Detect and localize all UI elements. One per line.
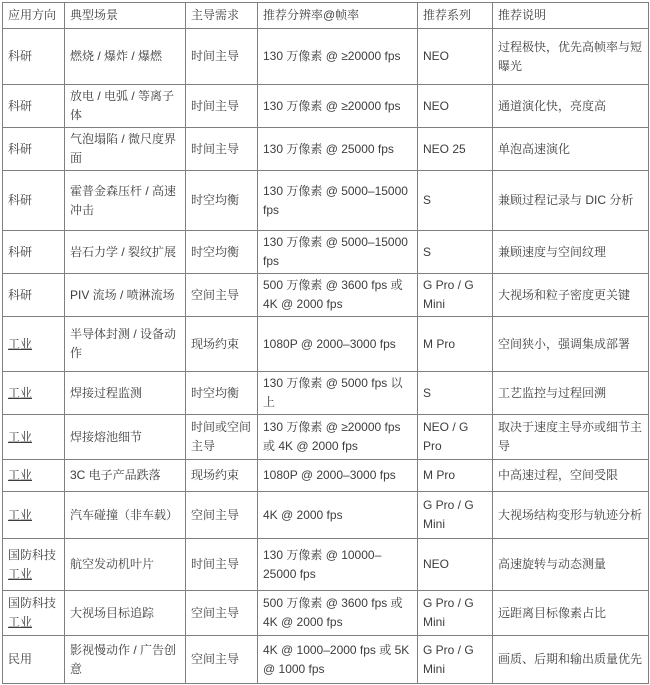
- cell-demand: 时间主导: [186, 128, 258, 171]
- cell-demand: 现场约束: [186, 317, 258, 372]
- direction-text: 科研: [8, 99, 32, 113]
- cell-series: M Pro: [418, 317, 493, 372]
- direction-underlined-text: 工业: [8, 430, 32, 444]
- direction-text: 科研: [8, 288, 32, 302]
- direction-text: 国防科技: [8, 596, 56, 610]
- cell-note: 单泡高速演化: [493, 128, 649, 171]
- cell-direction: 科研: [3, 85, 65, 128]
- cell-direction: 国防科技工业: [3, 591, 65, 636]
- direction-text: 民用: [8, 652, 32, 666]
- direction-text: 国防科技: [8, 548, 56, 562]
- cell-direction: 科研: [3, 274, 65, 317]
- table-row: 科研 霍普金森压杆 / 高速冲击 时空均衡 130 万像素 @ 5000–150…: [3, 171, 649, 231]
- cell-scenario: 霍普金森压杆 / 高速冲击: [65, 171, 186, 231]
- cell-note: 高速旋转与动态测量: [493, 539, 649, 591]
- table-row: 工业 焊接熔池细节 时间或空间主导 130 万像素 @ ≥20000 fps 或…: [3, 415, 649, 460]
- direction-underlined-text: 工业: [8, 508, 32, 522]
- cell-resolution: 500 万像素 @ 3600 fps 或 4K @ 2000 fps: [258, 274, 418, 317]
- cell-series: S: [418, 231, 493, 274]
- cell-direction: 工业: [3, 415, 65, 460]
- cell-demand: 时间主导: [186, 85, 258, 128]
- cell-direction: 工业: [3, 492, 65, 539]
- cell-series: G Pro / G Mini: [418, 274, 493, 317]
- table-row: 工业 汽车碰撞（非车载） 空间主导 4K @ 2000 fps G Pro / …: [3, 492, 649, 539]
- cell-resolution: 130 万像素 @ 10000–25000 fps: [258, 539, 418, 591]
- cell-scenario: 焊接过程监测: [65, 372, 186, 415]
- cell-demand: 时间主导: [186, 539, 258, 591]
- cell-scenario: 半导体封测 / 设备动作: [65, 317, 186, 372]
- cell-series: NEO: [418, 85, 493, 128]
- cell-note: 中高速过程，空间受限: [493, 460, 649, 492]
- table-row: 国防科技工业 大视场目标追踪 空间主导 500 万像素 @ 3600 fps 或…: [3, 591, 649, 636]
- cell-scenario: 岩石力学 / 裂纹扩展: [65, 231, 186, 274]
- table-row: 工业 半导体封测 / 设备动作 现场约束 1080P @ 2000–3000 f…: [3, 317, 649, 372]
- header-note: 推荐说明: [493, 3, 649, 29]
- cell-scenario: 大视场目标追踪: [65, 591, 186, 636]
- cell-scenario: 气泡塌陷 / 微尺度界面: [65, 128, 186, 171]
- cell-scenario: 影视慢动作 / 广告创意: [65, 636, 186, 684]
- cell-direction: 工业: [3, 372, 65, 415]
- page: 应用方向 典型场景 主导需求 推荐分辨率@帧率 推荐系列 推荐说明 科研 燃烧 …: [0, 0, 650, 685]
- cell-scenario: 放电 / 电弧 / 等离子体: [65, 85, 186, 128]
- cell-direction: 科研: [3, 171, 65, 231]
- cell-series: S: [418, 372, 493, 415]
- cell-resolution: 130 万像素 @ ≥20000 fps: [258, 85, 418, 128]
- cell-resolution: 500 万像素 @ 3600 fps 或 4K @ 2000 fps: [258, 591, 418, 636]
- cell-direction: 工业: [3, 460, 65, 492]
- direction-underlined-text: 工业: [8, 615, 32, 629]
- cell-resolution: 130 万像素 @ 25000 fps: [258, 128, 418, 171]
- cell-direction: 科研: [3, 29, 65, 85]
- cell-resolution: 4K @ 1000–2000 fps 或 5K @ 1000 fps: [258, 636, 418, 684]
- cell-resolution: 130 万像素 @ 5000–15000 fps: [258, 171, 418, 231]
- cell-note: 远距离目标像素占比: [493, 591, 649, 636]
- cell-note: 兼顾速度与空间纹理: [493, 231, 649, 274]
- table-row: 科研 PIV 流场 / 喷淋流场 空间主导 500 万像素 @ 3600 fps…: [3, 274, 649, 317]
- direction-underlined-text: 工业: [8, 386, 32, 400]
- cell-demand: 时空均衡: [186, 171, 258, 231]
- cell-scenario: 焊接熔池细节: [65, 415, 186, 460]
- cell-resolution: 1080P @ 2000–3000 fps: [258, 317, 418, 372]
- table-row: 科研 燃烧 / 爆炸 / 爆燃 时间主导 130 万像素 @ ≥20000 fp…: [3, 29, 649, 85]
- header-demand: 主导需求: [186, 3, 258, 29]
- cell-direction: 国防科技工业: [3, 539, 65, 591]
- cell-demand: 时间或空间主导: [186, 415, 258, 460]
- cell-note: 大视场结构变形与轨迹分析: [493, 492, 649, 539]
- table-row: 科研 气泡塌陷 / 微尺度界面 时间主导 130 万像素 @ 25000 fps…: [3, 128, 649, 171]
- cell-note: 工艺监控与过程回溯: [493, 372, 649, 415]
- cell-series: NEO 25: [418, 128, 493, 171]
- cell-demand: 时间主导: [186, 29, 258, 85]
- header-resolution: 推荐分辨率@帧率: [258, 3, 418, 29]
- recommendation-table: 应用方向 典型场景 主导需求 推荐分辨率@帧率 推荐系列 推荐说明 科研 燃烧 …: [2, 2, 649, 684]
- cell-resolution: 1080P @ 2000–3000 fps: [258, 460, 418, 492]
- cell-series: G Pro / G Mini: [418, 591, 493, 636]
- cell-note: 大视场和粒子密度更关键: [493, 274, 649, 317]
- direction-underlined-text: 工业: [8, 337, 32, 351]
- direction-text: 科研: [8, 193, 32, 207]
- direction-text: 科研: [8, 245, 32, 259]
- cell-note: 通道演化快，亮度高: [493, 85, 649, 128]
- header-row: 应用方向 典型场景 主导需求 推荐分辨率@帧率 推荐系列 推荐说明: [3, 3, 649, 29]
- cell-resolution: 4K @ 2000 fps: [258, 492, 418, 539]
- cell-direction: 工业: [3, 317, 65, 372]
- direction-underlined-text: 工业: [8, 468, 32, 482]
- cell-resolution: 130 万像素 @ ≥20000 fps 或 4K @ 2000 fps: [258, 415, 418, 460]
- direction-text: 科研: [8, 49, 32, 63]
- cell-note: 画质、后期和输出质量优先: [493, 636, 649, 684]
- table-row: 科研 岩石力学 / 裂纹扩展 时空均衡 130 万像素 @ 5000–15000…: [3, 231, 649, 274]
- cell-note: 兼顾过程记录与 DIC 分析: [493, 171, 649, 231]
- table-row: 民用 影视慢动作 / 广告创意 空间主导 4K @ 1000–2000 fps …: [3, 636, 649, 684]
- cell-series: NEO: [418, 29, 493, 85]
- table-header: 应用方向 典型场景 主导需求 推荐分辨率@帧率 推荐系列 推荐说明: [3, 3, 649, 29]
- cell-series: G Pro / G Mini: [418, 636, 493, 684]
- cell-demand: 时空均衡: [186, 372, 258, 415]
- cell-direction: 科研: [3, 231, 65, 274]
- cell-series: S: [418, 171, 493, 231]
- cell-series: M Pro: [418, 460, 493, 492]
- cell-demand: 空间主导: [186, 274, 258, 317]
- direction-underlined-text: 工业: [8, 567, 32, 581]
- cell-demand: 空间主导: [186, 492, 258, 539]
- cell-scenario: PIV 流场 / 喷淋流场: [65, 274, 186, 317]
- cell-note: 取决于速度主导亦或细节主导: [493, 415, 649, 460]
- cell-scenario: 3C 电子产品跌落: [65, 460, 186, 492]
- header-direction: 应用方向: [3, 3, 65, 29]
- table-row: 工业 3C 电子产品跌落 现场约束 1080P @ 2000–3000 fps …: [3, 460, 649, 492]
- cell-series: G Pro / G Mini: [418, 492, 493, 539]
- cell-scenario: 汽车碰撞（非车载）: [65, 492, 186, 539]
- cell-demand: 现场约束: [186, 460, 258, 492]
- cell-scenario: 航空发动机叶片: [65, 539, 186, 591]
- cell-resolution: 130 万像素 @ 5000–15000 fps: [258, 231, 418, 274]
- cell-series: NEO / G Pro: [418, 415, 493, 460]
- cell-demand: 空间主导: [186, 636, 258, 684]
- cell-series: NEO: [418, 539, 493, 591]
- table-row: 工业 焊接过程监测 时空均衡 130 万像素 @ 5000 fps 以上 S 工…: [3, 372, 649, 415]
- cell-scenario: 燃烧 / 爆炸 / 爆燃: [65, 29, 186, 85]
- cell-demand: 空间主导: [186, 591, 258, 636]
- header-scenario: 典型场景: [65, 3, 186, 29]
- cell-note: 过程极快，优先高帧率与短曝光: [493, 29, 649, 85]
- cell-demand: 时空均衡: [186, 231, 258, 274]
- cell-direction: 科研: [3, 128, 65, 171]
- cell-direction: 民用: [3, 636, 65, 684]
- cell-note: 空间狭小，强调集成部署: [493, 317, 649, 372]
- header-series: 推荐系列: [418, 3, 493, 29]
- direction-text: 科研: [8, 142, 32, 156]
- cell-resolution: 130 万像素 @ 5000 fps 以上: [258, 372, 418, 415]
- table-row: 国防科技工业 航空发动机叶片 时间主导 130 万像素 @ 10000–2500…: [3, 539, 649, 591]
- cell-resolution: 130 万像素 @ ≥20000 fps: [258, 29, 418, 85]
- table-body: 科研 燃烧 / 爆炸 / 爆燃 时间主导 130 万像素 @ ≥20000 fp…: [3, 29, 649, 684]
- table-row: 科研 放电 / 电弧 / 等离子体 时间主导 130 万像素 @ ≥20000 …: [3, 85, 649, 128]
